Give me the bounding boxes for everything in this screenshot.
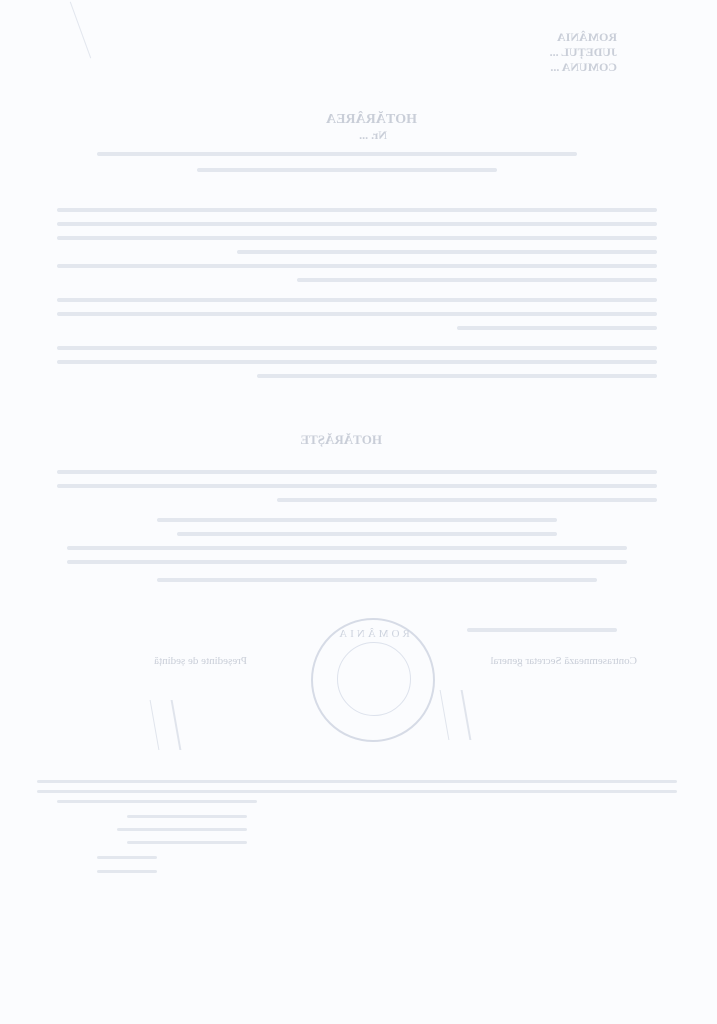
signature-mark [440,690,472,740]
coat-of-arms [337,642,411,716]
official-stamp: ROMÂNIA [311,618,435,742]
signature-label-left: Contrasemnează Secretar general [490,655,637,667]
stamp-text: ROMÂNIA [313,628,433,640]
page-edge [70,2,91,59]
signature-mark [150,700,182,750]
header-line-1: ROMÂNIA [557,30,617,45]
decides-heading: HOTĂRĂȘTE [300,432,382,448]
header-line-3: COMUNA ... [550,60,617,75]
header-line-2: JUDEȚUL ... [550,45,617,60]
document-title: HOTĂRÂREA [326,112,417,128]
signature-label-right: Președinte de ședință [154,655,247,667]
document-page: ROMÂNIA JUDEȚUL ... COMUNA ... HOTĂRÂREA… [0,0,717,1024]
document-number: Nr. ... [359,128,387,143]
